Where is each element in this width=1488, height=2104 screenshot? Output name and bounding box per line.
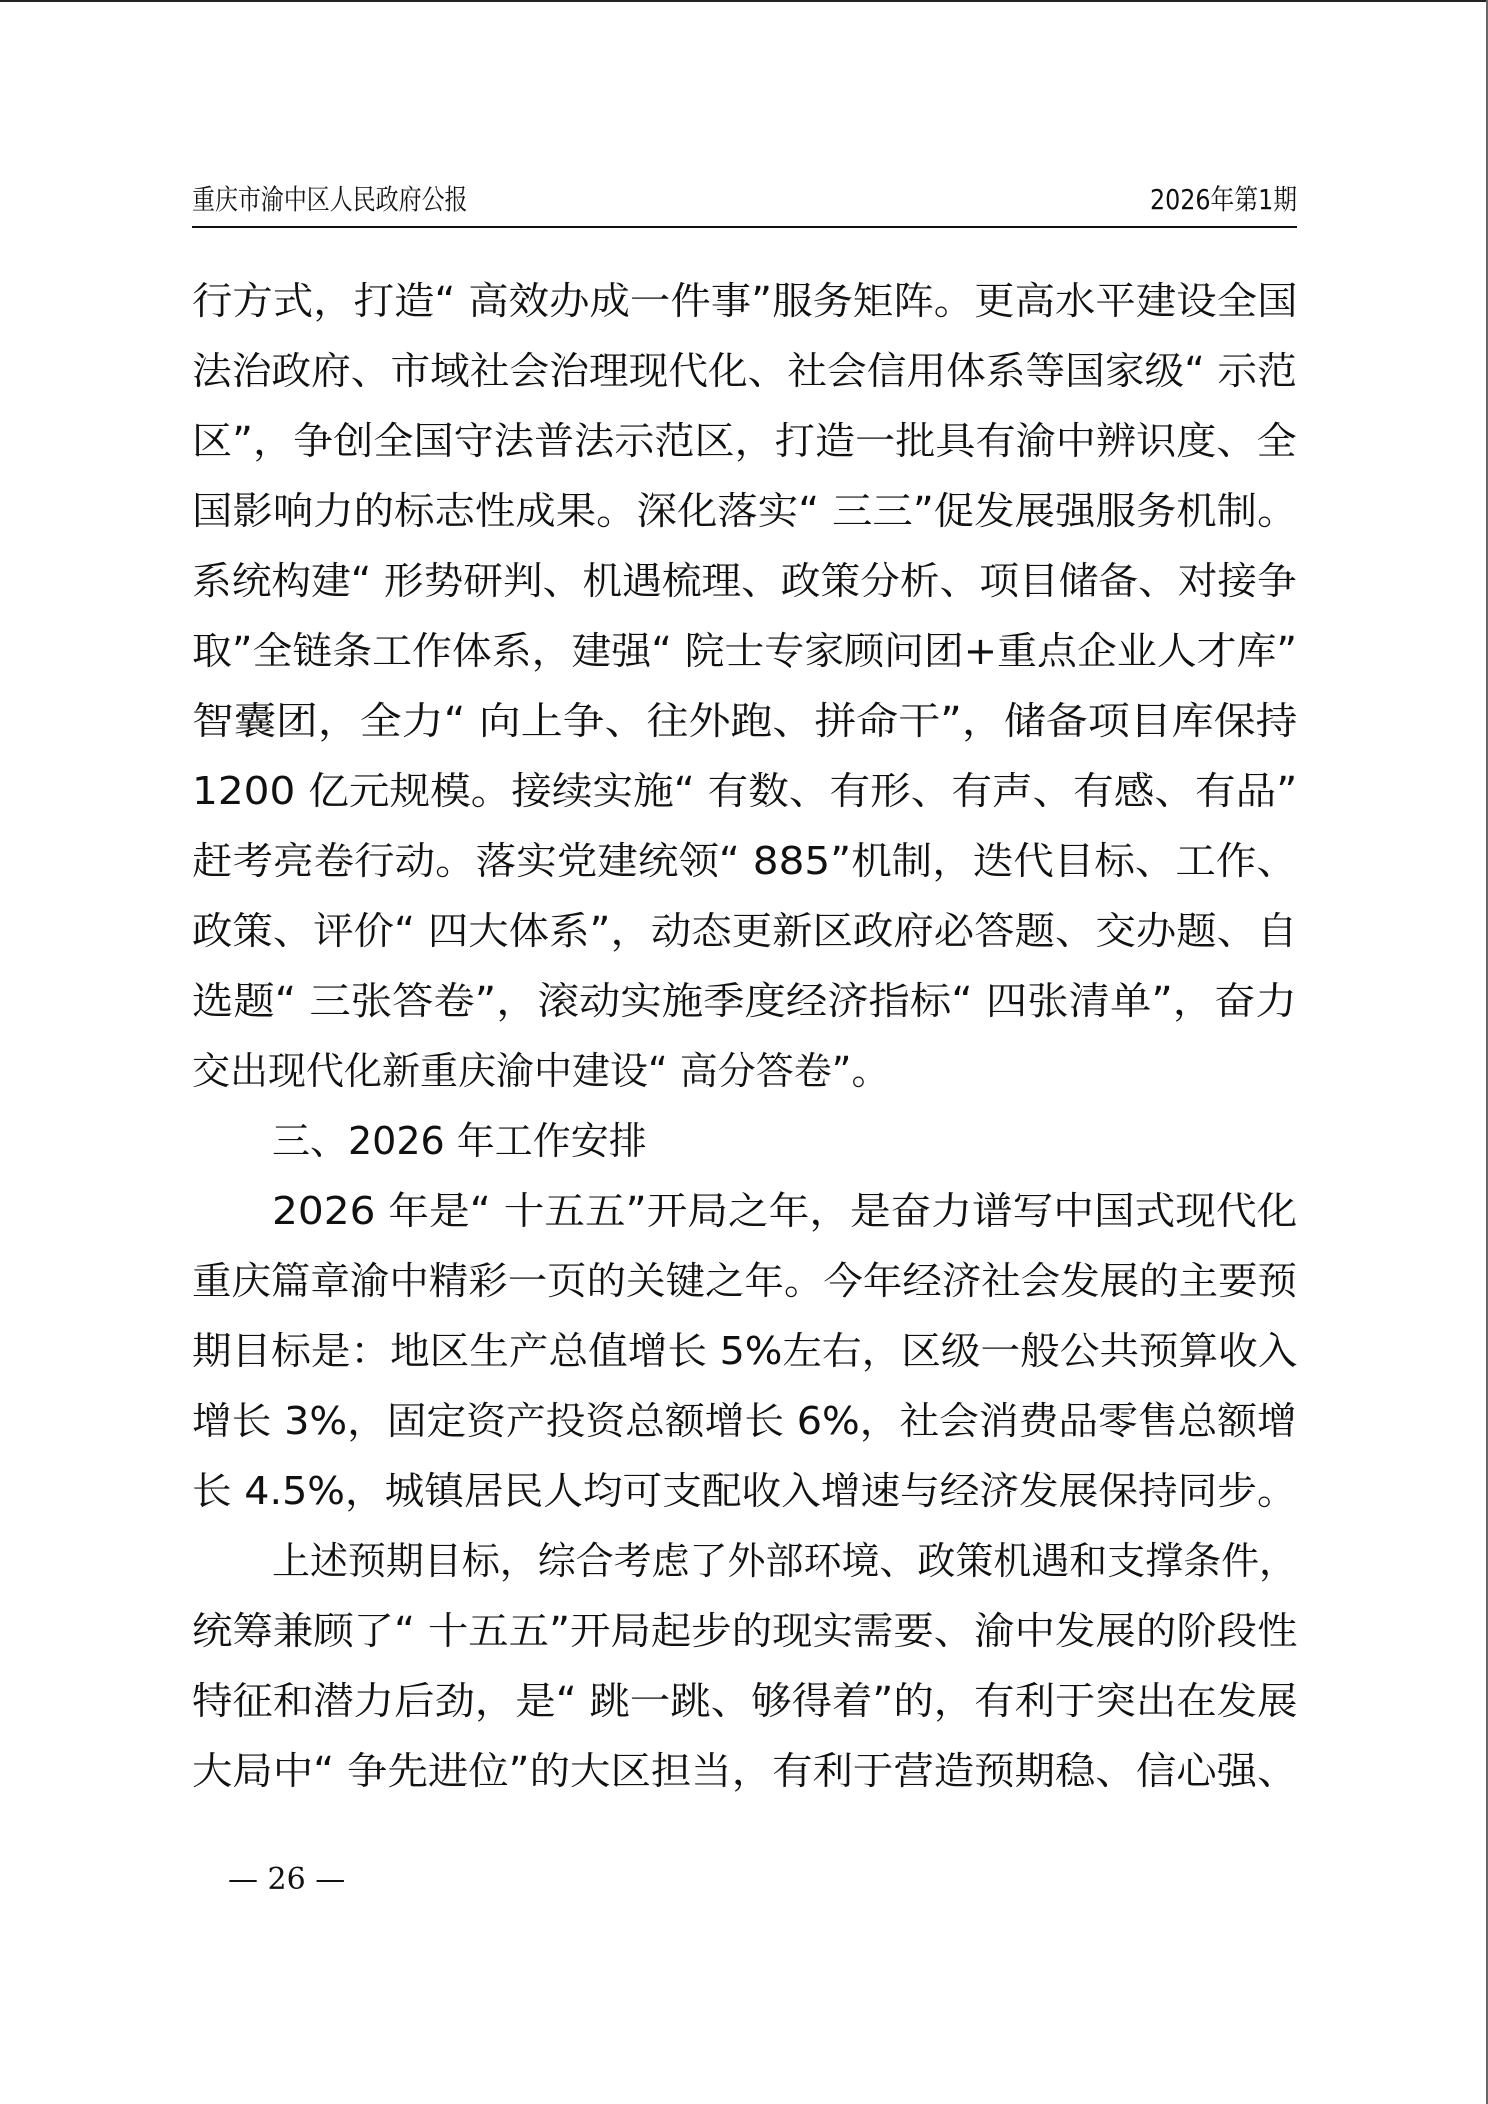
running-header: 重庆市渝中区人民政府公报 2026年第1期 [192,180,1297,220]
text-line: 智囊团，全力“ 向上争、往外跑、拼命干”，储备项目库保持 [192,692,1297,762]
text-line: 区”，争创全国守法普法示范区，打造一批具有渝中辨识度、全 [192,412,1297,482]
text-line: 系统构建“ 形势研判、机遇梳理、政策分析、项目储备、对接争 [192,552,1297,622]
text-line: 期目标是：地区生产总值增长 5%左右，区级一般公共预算收入 [192,1322,1297,1392]
document-body: 行方式，打造“ 高效办成一件事”服务矩阵。更高水平建设全国 法治政府、市域社会治… [192,272,1297,1812]
text-line: 行方式，打造“ 高效办成一件事”服务矩阵。更高水平建设全国 [192,272,1297,342]
text-line: 1200 亿元规模。接续实施“ 有数、有形、有声、有感、有品” [192,762,1297,832]
text-line: 上述预期目标，综合考虑了外部环境、政策机遇和支撑条件， [192,1532,1297,1602]
text-line: 政策、评价“ 四大体系”，动态更新区政府必答题、交办题、自 [192,902,1297,972]
text-line: 统筹兼顾了“ 十五五”开局起步的现实需要、渝中发展的阶段性 [192,1602,1297,1672]
text-line: 赶考亮卷行动。落实党建统领“ 885”机制，迭代目标、工作、 [192,832,1297,902]
section-heading: 三、2026 年工作安排 [192,1112,1297,1182]
text-line: 大局中“ 争先进位”的大区担当，有利于营造预期稳、信心强、 [192,1742,1297,1812]
text-line: 特征和潜力后劲，是“ 跳一跳、够得着”的，有利于突出在发展 [192,1672,1297,1742]
issue-number: 2026年第1期 [1150,180,1297,220]
text-line: 取”全链条工作体系，建强“ 院士专家顾问团+重点企业人才库” [192,622,1297,692]
text-line: 增长 3%，固定资产投资总额增长 6%，社会消费品零售总额增 [192,1392,1297,1462]
publication-title: 重庆市渝中区人民政府公报 [192,180,468,220]
text-line: 法治政府、市域社会治理现代化、社会信用体系等国家级“ 示范 [192,342,1297,412]
text-line: 长 4.5%，城镇居民人均可支配收入增速与经济发展保持同步。 [192,1462,1297,1532]
text-line: 国影响力的标志性成果。深化落实“ 三三”促发展强服务机制。 [192,482,1297,552]
page-top-border [0,0,1488,2]
text-line: 选题“ 三张答卷”，滚动实施季度经济指标“ 四张清单”，奋力 [192,972,1297,1042]
text-line: 2026 年是“ 十五五”开局之年，是奋力谱写中国式现代化 [192,1182,1297,1252]
text-line: 重庆篇章渝中精彩一页的关键之年。今年经济社会发展的主要预 [192,1252,1297,1322]
text-line: 交出现代化新重庆渝中建设“ 高分答卷”。 [192,1042,1297,1112]
page-number: — 26 — [228,1860,345,1900]
header-divider [192,226,1297,228]
